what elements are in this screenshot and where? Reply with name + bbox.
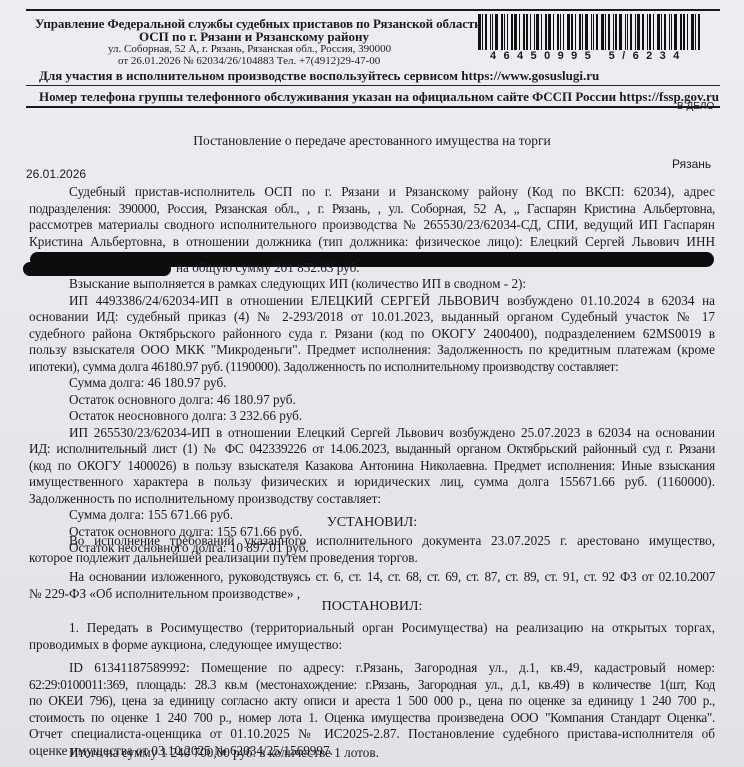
intro-line: Кристина Альбертовна, в отношении должни… <box>29 234 715 251</box>
resolved-paragraph: 1. Передать в Росимущество (территориаль… <box>29 620 715 653</box>
phone-notice: Номер телефона группы телефонного обслуж… <box>39 89 719 105</box>
gosuslugi-notice: Для участия в исполнительном производств… <box>39 68 599 84</box>
proceeding-1: ИП 4493386/24/62034-ИП в отношении ЕЛЕЦК… <box>29 293 715 425</box>
property-line: по ОКЕИ 796), цена за единицу согласно а… <box>29 693 715 710</box>
principal-remaining: Остаток основного долга: 46 180.97 руб. <box>29 392 715 409</box>
debt-sum: Сумма долга: 46 180.97 руб. <box>29 375 715 392</box>
resolved-line: проводимых в форме аукциона, следующее и… <box>29 637 715 654</box>
lots-total: Итого на сумму 1 240 700,00 руб. в колич… <box>29 745 715 762</box>
outgoing-reference: от 26.01.2026 № 62034/26/104883 Тел. +7(… <box>118 55 380 67</box>
header-top-rule <box>26 9 720 11</box>
total-sum: на общую сумму 201 852.63 руб. <box>176 260 576 277</box>
document-title: Постановление о передаче арестованного и… <box>0 133 744 149</box>
filing-stamp: В ДЕЛО <box>677 101 714 112</box>
established-line: Во исполнение требований указанного испо… <box>29 533 715 550</box>
intro-line: Судебный пристав-исполнитель ОСП по г. Р… <box>29 184 715 201</box>
proceeding-line: ИД: исполнительный лист (1) № ФС 0423392… <box>29 441 715 458</box>
barcode-icon <box>478 14 714 50</box>
proceeding-line: пользу взыскателя ООО МКК "Микроденьги".… <box>29 342 715 359</box>
document-city: Рязань <box>672 157 711 171</box>
header-bottom-rule <box>26 106 720 108</box>
proceeding-line: ипотеки), сумма долга 46180.97 руб. (119… <box>29 359 715 376</box>
agency-address: ул. Соборная, 52 А, г. Рязань, Рязанская… <box>108 43 391 55</box>
resolved-heading: ПОСТАНОВИЛ: <box>0 599 744 615</box>
basis-line: На основании изложенного, руководствуясь… <box>29 569 715 586</box>
proceeding-line: основании ИД: судебный приказ (4) № 2-29… <box>29 309 715 326</box>
property-line: ID 61341187589992: Помещение по адресу: … <box>29 660 715 677</box>
property-line: Отчет специалиста-оценщика от 01.10.2025… <box>29 726 715 743</box>
non-principal-remaining: Остаток неосновного долга: 3 232.66 руб. <box>29 408 715 425</box>
intro-paragraph: Судебный пристав-исполнитель ОСП по г. Р… <box>29 184 715 250</box>
redaction-bar <box>23 262 171 276</box>
intro-line: подразделения: 390000, Россия, Рязанская… <box>29 201 715 218</box>
established-heading: УСТАНОВИЛ: <box>0 515 744 531</box>
proceeding-line: Задолженность по исполнительному произво… <box>29 491 715 508</box>
header-divider <box>26 85 720 86</box>
proceeding-line: (код по ОКОГУ 1400026) в пользу взыскате… <box>29 458 715 475</box>
proceeding-line: имущественного характера в пользу физиче… <box>29 474 715 491</box>
legal-basis: На основании изложенного, руководствуясь… <box>29 569 715 602</box>
proceeding-line: ИП 265530/23/62034-ИП в отношении Елецки… <box>29 425 715 442</box>
property-line: 62:29:0100011:369, площадь: 28.3 кв.м (м… <box>29 677 715 694</box>
intro-line: рассмотрев материалы сводного исполнител… <box>29 217 715 234</box>
proceeding-line: судебного района Октябрьского районного … <box>29 326 715 343</box>
document-date: 26.01.2026 <box>26 167 86 181</box>
proceedings-intro: Взыскание выполняется в рамках следующих… <box>29 276 715 293</box>
resolved-line: 1. Передать в Росимущество (территориаль… <box>29 620 715 637</box>
proceeding-line: ИП 4493386/24/62034-ИП в отношении ЕЛЕЦК… <box>29 293 715 310</box>
barcode-number: 46450995 5/6234 <box>490 50 687 62</box>
property-line: стоимость по оценке 1 240 700 р., номер … <box>29 710 715 727</box>
document-page: Управление Федеральной службы судебных п… <box>0 0 744 767</box>
established-line: которое подлежит дальнейшей реализации п… <box>29 550 715 567</box>
established-paragraph: Во исполнение требований указанного испо… <box>29 533 715 566</box>
